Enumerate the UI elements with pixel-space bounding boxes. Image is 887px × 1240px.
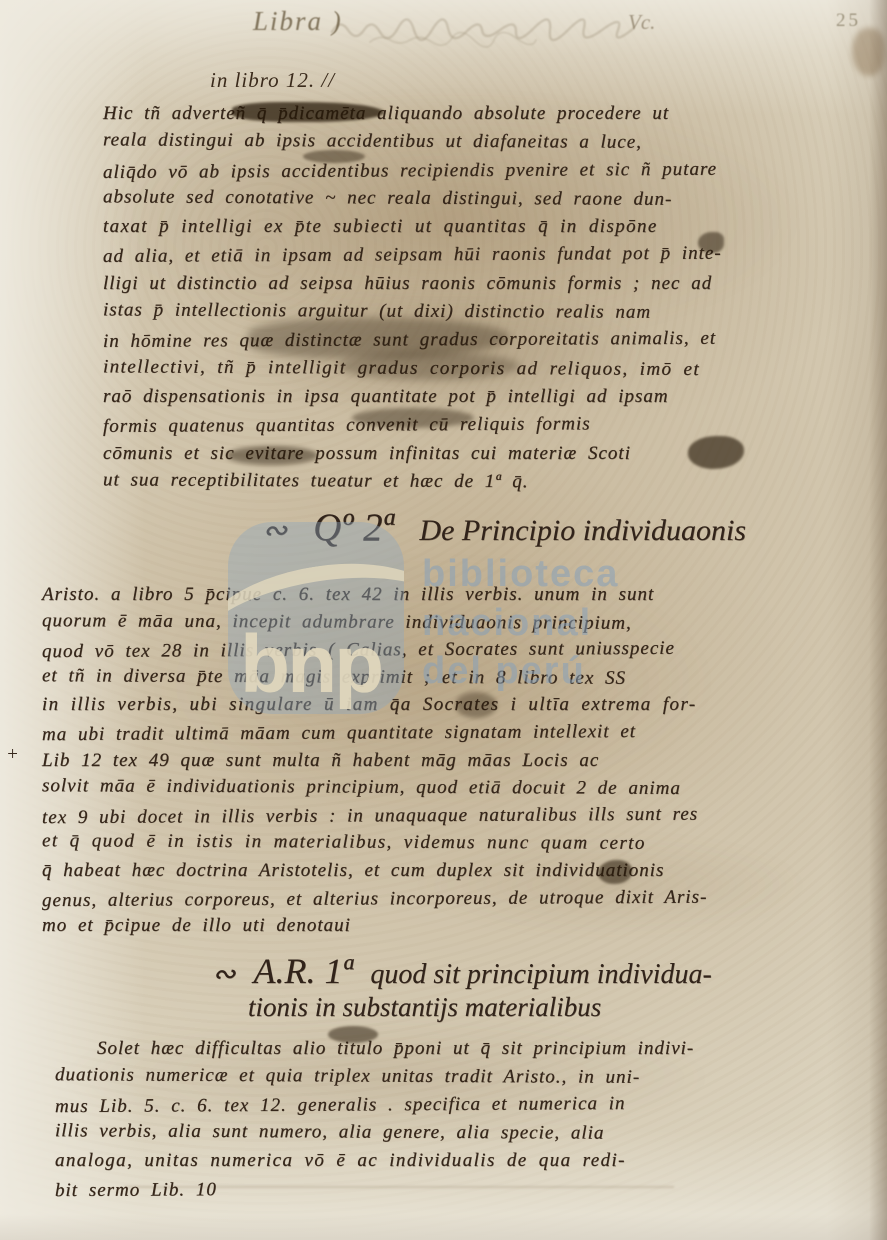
- margin-cross-mark: +: [6, 744, 19, 766]
- paragraph-1: Hic tñ adverteñ q̄ p̄dicamēta aliquando …: [103, 100, 851, 496]
- manuscript-line: bit sermo Lib. 10: [55, 1173, 855, 1205]
- manuscript-line: Solet hæc difficultas alio titulo p̄poni…: [55, 1035, 855, 1063]
- manuscript-line: Lib 12 tex 49 quæ sunt multa ñ habent mā…: [42, 747, 862, 775]
- heading-prefix: A.R. 1ª: [253, 950, 352, 992]
- paragraph-3: Solet hæc difficultas alio titulo p̄poni…: [55, 1035, 855, 1203]
- manuscript-line: in illis verbis, ubi singulare ū iam q̄a…: [42, 691, 862, 719]
- heading-ornament: ∾: [262, 513, 287, 548]
- manuscript-line: ut sua receptibilitates tueatur et hæc d…: [103, 466, 851, 498]
- folio-number: 25: [836, 10, 861, 32]
- section-heading-2-line1: ∾ A.R. 1ª quod sit principium individua-: [212, 950, 712, 992]
- manuscript-line: duationis numericæ et quia triplex unita…: [55, 1061, 855, 1092]
- manuscript-line: mo et p̄cipue de illo uti denotaui: [42, 912, 862, 940]
- marginal-note: in libro 12. //: [210, 68, 335, 93]
- manuscript-line: mus Lib. 5. c. 6. tex 12. generalis . sp…: [55, 1089, 855, 1121]
- manuscript-line: reala distingui ab ipsis accidentibus ut…: [103, 127, 851, 159]
- heading-title: De Principio individuaonis: [419, 514, 746, 548]
- manuscript-line: ma ubi tradit ultimā māam cum quantitate…: [42, 717, 862, 749]
- heading-prefix: Qº 2ª: [313, 505, 393, 550]
- section-heading-2-line2: tionis in substantijs materialibus: [248, 992, 601, 1023]
- manuscript-line: cōmunis et sic evitare possum infinitas …: [103, 440, 851, 468]
- manuscript-line: analoga, unitas numerica vō ē ac individ…: [55, 1147, 855, 1175]
- manuscript-line: istas p̄ intellectionis arguitur (ut dix…: [103, 296, 851, 328]
- manuscript-line: absolute sed conotative ~ nec reala dist…: [103, 183, 851, 215]
- manuscript-line: lligi ut distinctio ad seipsa hūius raon…: [103, 270, 851, 298]
- manuscript-line: ad alia, et etiā in ipsam ad seipsam hūi…: [103, 240, 851, 272]
- manuscript-line: formis quatenus quantitas convenit cū re…: [103, 409, 851, 441]
- manuscript-line: tex 9 ubi docet in illis verbis : in una…: [42, 800, 862, 832]
- bleedthrough-scribble-icon: [330, 8, 660, 48]
- heading-ornament: ∾: [212, 957, 235, 991]
- faded-header-text: Libra ): [253, 6, 343, 37]
- manuscript-line: solvit māa ē individuationis principium,…: [42, 772, 862, 803]
- manuscript-line: aliq̄do vō ab ipsis accidentibus recipie…: [103, 155, 851, 187]
- manuscript-page-scan: Libra ) Vc. 25 in libro 12. // Hic tñ ad…: [0, 0, 887, 1240]
- faded-note: Vc.: [628, 10, 655, 35]
- manuscript-line: raō dispensationis in ipsa quantitate po…: [103, 383, 851, 411]
- manuscript-line: intellectivi, tñ p̄ intelligit gradus co…: [103, 353, 851, 385]
- ink-blot: [852, 28, 884, 76]
- manuscript-line: quod vō tex 28 in illis verbis ( Calias,…: [42, 634, 862, 666]
- manuscript-line: illis verbis, alia sunt numero, alia gen…: [55, 1117, 855, 1148]
- manuscript-line: in hōmine res quæ distinctæ sunt gradus …: [103, 324, 851, 356]
- paragraph-2: Aristo. a libro 5 p̄cipue c. 6. tex 42 i…: [42, 581, 862, 940]
- manuscript-line: et tñ in diversa p̄te māa magis exprimit…: [42, 662, 862, 693]
- manuscript-line: genus, alterius corporeus, et alterius i…: [42, 882, 862, 914]
- manuscript-line: quorum ē māa una, incepit adumbrare indi…: [42, 607, 862, 638]
- heading-title: quod sit principium individua-: [370, 959, 711, 991]
- section-heading-1: ∾ Qº 2ª De Principio individuaonis: [262, 505, 746, 550]
- manuscript-line: et q̄ quod ē in istis in materialibus, v…: [42, 828, 862, 859]
- manuscript-line: taxat p̄ intelligi ex p̄te subiecti ut q…: [103, 213, 851, 241]
- manuscript-line: Hic tñ adverteñ q̄ p̄dicamēta aliquando …: [103, 100, 851, 128]
- manuscript-line: q̄ habeat hæc doctrina Aristotelis, et c…: [42, 857, 862, 885]
- manuscript-line: Aristo. a libro 5 p̄cipue c. 6. tex 42 i…: [42, 581, 862, 609]
